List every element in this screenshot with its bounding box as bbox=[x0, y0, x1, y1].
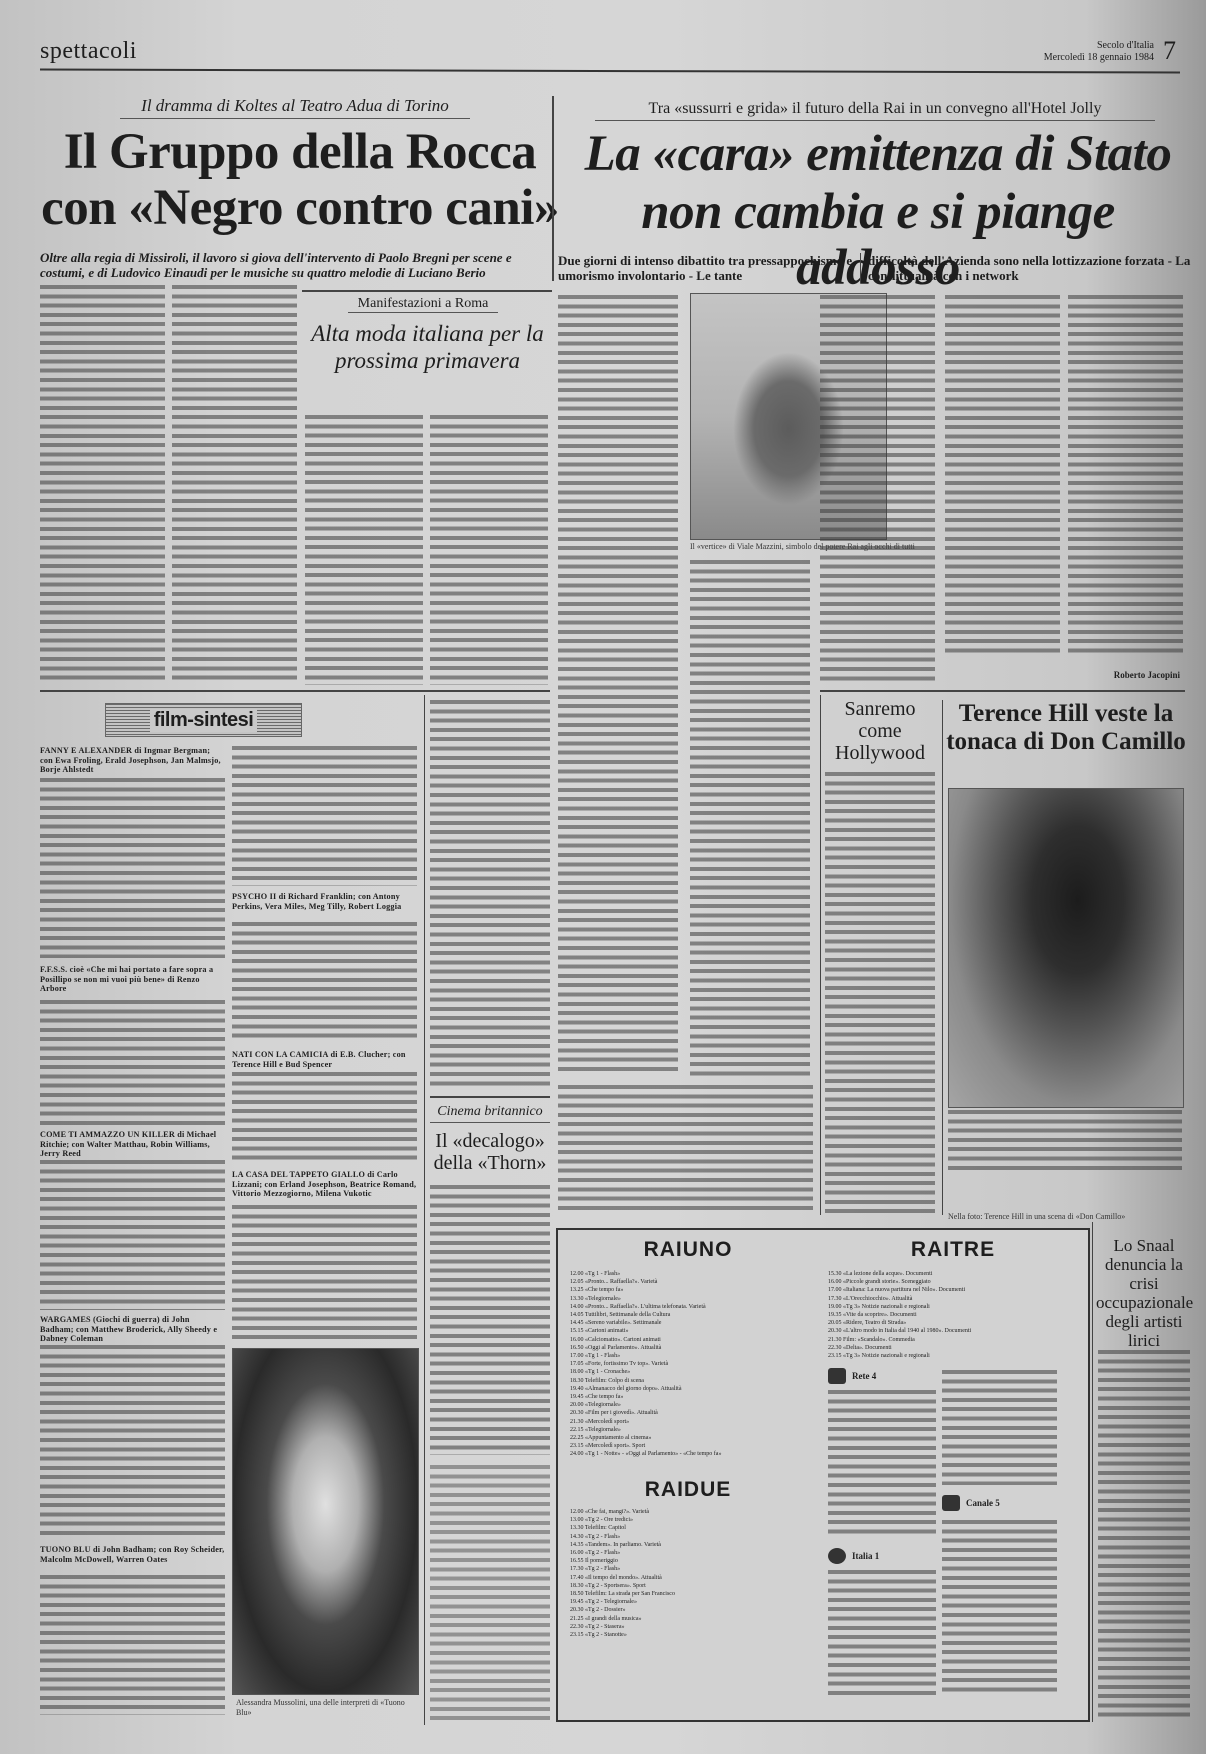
tv-schedule-entry: 14.05 Tuttilibri, Settimanale della Cult… bbox=[570, 1311, 810, 1319]
rocca-body-col-1 bbox=[40, 285, 165, 685]
tv-schedule-entry: 17.30 «Tg 2 - Flash» bbox=[570, 1565, 810, 1573]
film-photo bbox=[232, 1348, 419, 1695]
terence-photo bbox=[948, 788, 1184, 1108]
tv-schedule-entry: 19.35 «Vite da scoprire». Documenti bbox=[828, 1311, 1078, 1319]
raidue-schedule: 12.00 «Che fai, mangi?». Varietà13.00 «T… bbox=[570, 1508, 810, 1639]
tv-schedule-entry: 15.30 «La lezione della acque». Document… bbox=[828, 1270, 1078, 1278]
tv-schedule-entry: 17.30 «L'Orecchiocchio». Attualità bbox=[828, 1295, 1078, 1303]
tv-schedule-entry: 15.15 «Cartoni animati» bbox=[570, 1327, 810, 1335]
tv-schedule-entry: 20.05 «Ridere, Teatro di Strada» bbox=[828, 1319, 1078, 1327]
tv-schedule-entry: 16.00 «Piccole grandi storie». Sceneggia… bbox=[828, 1278, 1078, 1286]
tv-schedule-entry: 20.30 «Tg 2 - Dossier» bbox=[570, 1606, 810, 1614]
tv-schedule-entry: 20.30 «Film per i giovedì». Attualità bbox=[570, 1409, 810, 1417]
film-entry-body bbox=[40, 1345, 225, 1535]
canale5-logo-icon bbox=[942, 1495, 960, 1511]
private-channel-italia1: Italia 1 bbox=[828, 1548, 879, 1564]
tv-schedule-entry: 22.15 «Telegiornale» bbox=[570, 1426, 810, 1434]
tv-listings-box: RAIUNO 12.00 «Tg 1 - Flash»12.05 «Pronto… bbox=[556, 1228, 1090, 1722]
thorn-headline: Il «decalogo» della «Thorn» bbox=[430, 1130, 550, 1174]
subhead-divider bbox=[860, 253, 861, 283]
rete4-schedule bbox=[828, 1390, 936, 1535]
film-entry-title: NATI CON LA CAMICIA di E.B. Clucher; con… bbox=[232, 1050, 417, 1069]
canale5-schedule bbox=[942, 1520, 1057, 1695]
rai-body-col-1 bbox=[558, 295, 678, 1075]
rocca-headline-1: Il Gruppo della Rocca bbox=[40, 124, 560, 180]
tv-schedule-entry: 19.00 «Tg 3» Notizie nazionali e regiona… bbox=[828, 1303, 1078, 1311]
rai-body-col-4 bbox=[945, 295, 1060, 655]
column-divider bbox=[942, 700, 943, 1215]
rai-body-col-5 bbox=[1068, 295, 1183, 655]
tv-schedule-entry: 14.00 «Pronto... Raffaella?». L'ultima t… bbox=[570, 1303, 810, 1311]
tv-schedule-entry: 16.55 Il pomeriggio bbox=[570, 1557, 810, 1565]
terence-photo-caption: Nella foto: Terence Hill in una scena di… bbox=[948, 1212, 1182, 1222]
film-entry-title: TUONO BLU di John Badham; con Roy Scheid… bbox=[40, 1545, 225, 1564]
tv-schedule-entry: 13.25 «Che tempo fa» bbox=[570, 1286, 810, 1294]
film-photo-caption: Alessandra Mussolini, una delle interpre… bbox=[236, 1698, 416, 1718]
mid-rule-right bbox=[820, 690, 1185, 692]
tv-schedule-entry: 17.40 «Il tempo del mondo». Attualità bbox=[570, 1574, 810, 1582]
sanremo-body bbox=[825, 772, 935, 1217]
tv-schedule-entry: 19.40 «Almanacco del giorno dopo». Attua… bbox=[570, 1385, 810, 1393]
raiuno-schedule: 12.00 «Tg 1 - Flash»12.05 «Pronto... Raf… bbox=[570, 1270, 810, 1459]
moda-kicker: Manifestazioni a Roma bbox=[348, 296, 498, 313]
film-entry-title: F.F.S.S. cioè «Che mi hai portato a fare… bbox=[40, 965, 225, 994]
moda-rule bbox=[302, 290, 552, 292]
moda-body-col-1 bbox=[305, 415, 423, 685]
rocca-body-col-2 bbox=[172, 285, 297, 685]
page-number: 7 bbox=[1163, 36, 1176, 66]
rai-byline: Roberto Jacopini bbox=[1060, 670, 1180, 680]
film-sintesi-title: film-sintesi bbox=[150, 709, 258, 732]
thorn-body bbox=[430, 1185, 550, 1455]
tv-schedule-entry: 18.30 «Tg 2 - Sportsera». Sport bbox=[570, 1582, 810, 1590]
tv-schedule-entry: 22.25 «Appuntamento al cinema» bbox=[570, 1434, 810, 1442]
column-divider bbox=[424, 695, 425, 1725]
column-divider bbox=[552, 96, 554, 281]
moda-body-col-2 bbox=[430, 415, 548, 685]
tv-schedule-entry: 18.00 «Tg 1 - Cronache» bbox=[570, 1368, 810, 1376]
raidue-logo: RAIDUE bbox=[598, 1478, 778, 1502]
rai-subhead-right: difficoltà dell'Azienda sono nella lotti… bbox=[868, 253, 1198, 283]
film-entry-title: WARGAMES (Giochi di guerra) di John Badh… bbox=[40, 1315, 225, 1344]
tv-schedule-entry: 18.30 Telefilm: Colpo di scena bbox=[570, 1377, 810, 1385]
tv-schedule-entry: 21.25 «I grandi della musica» bbox=[570, 1615, 810, 1623]
column-divider bbox=[1092, 1222, 1093, 1722]
channel-name: Rete 4 bbox=[852, 1371, 876, 1381]
tv-schedule-entry: 19.45 «Tg 2 - Telegiornale» bbox=[570, 1598, 810, 1606]
film-entry-title: COME TI AMMAZZO UN KILLER di Michael Rit… bbox=[40, 1130, 225, 1159]
thorn-box-body bbox=[430, 1465, 550, 1725]
thorn-rule bbox=[430, 1096, 550, 1098]
tv-schedule-entry: 16.50 «Oggi al Parlamento». Attualità bbox=[570, 1344, 810, 1352]
moda-headline: Alta moda italiana per la prossima prima… bbox=[305, 320, 550, 374]
film-sintesi-banner: film-sintesi bbox=[105, 703, 302, 737]
raiuno-logo: RAIUNO bbox=[598, 1238, 778, 1262]
tv-schedule-entry: 22.30 «Tg 2 - Stasera» bbox=[570, 1623, 810, 1631]
mid-rule-left bbox=[40, 690, 550, 692]
film-entry-body bbox=[40, 1000, 225, 1125]
italia1-schedule bbox=[828, 1570, 936, 1700]
paper-name: Secolo d'Italia bbox=[1044, 40, 1154, 52]
tv-schedule-entry: 12.00 «Tg 1 - Flash» bbox=[570, 1270, 810, 1278]
thorn-kicker: Cinema britannico bbox=[430, 1104, 550, 1123]
tv-schedule-entry: 21.30 Film: «Scandalo». Commedia bbox=[828, 1336, 1078, 1344]
rai-body-col-2 bbox=[690, 560, 810, 1080]
tv-schedule-entry: 19.45 «Che tempo fa» bbox=[570, 1393, 810, 1401]
tv-schedule-entry: 14.45 «Sereno variabile». Settimanale bbox=[570, 1319, 810, 1327]
rai-kicker: Tra «sussurri e grida» il futuro della R… bbox=[595, 100, 1155, 121]
rocca-subhead: Oltre alla regia di Missiroli, il lavoro… bbox=[40, 250, 550, 280]
film-entry-title: FANNY E ALEXANDER di Ingmar Bergman; con… bbox=[40, 746, 225, 775]
sanremo-headline: Sanremo come Hollywood bbox=[825, 698, 935, 764]
tv-schedule-entry: 17.00 «Tg 1 - Flash» bbox=[570, 1352, 810, 1360]
terence-headline: Terence Hill veste la tonaca di Don Cami… bbox=[946, 700, 1186, 756]
rai-headline-1: La «cara» emittenza di Stato bbox=[558, 126, 1198, 182]
channel-name: Italia 1 bbox=[852, 1551, 879, 1561]
tv-schedule-entry: 23.15 «Mercoledì sport». Sport bbox=[570, 1442, 810, 1450]
tv-schedule-entry: 16.00 «Tg 2 - Flash» bbox=[570, 1549, 810, 1557]
raitre-logo: RAITRE bbox=[863, 1238, 1043, 1262]
film-entry-body bbox=[232, 1072, 417, 1164]
private-channel-rete4: Rete 4 bbox=[828, 1368, 876, 1384]
tv-schedule-entry: 20.30 «L'altro modo in Italia dal 1940 a… bbox=[828, 1327, 1078, 1335]
tv-schedule-entry: 22.30 «Delta». Documenti bbox=[828, 1344, 1078, 1352]
rai-body-continued bbox=[558, 1085, 813, 1215]
film-entry-body bbox=[232, 746, 417, 886]
tv-schedule-entry: 12.00 «Che fai, mangi?». Varietà bbox=[570, 1508, 810, 1516]
film-entry-body bbox=[40, 1575, 225, 1715]
film-entry-body bbox=[40, 1160, 225, 1310]
paper-info: Secolo d'Italia Mercoledì 18 gennaio 198… bbox=[1044, 40, 1154, 64]
raitre-schedule: 15.30 «La lezione della acque». Document… bbox=[828, 1270, 1078, 1360]
rai-subhead-left: Due giorni di intenso dibattito tra pres… bbox=[558, 253, 858, 283]
tv-schedule-entry: 17.00 «Italiana: La nuova partitura nel … bbox=[828, 1286, 1078, 1294]
rocca-headline-2: con «Negro contro cani» bbox=[40, 180, 560, 236]
channel-name: Canale 5 bbox=[966, 1498, 1000, 1508]
terence-body bbox=[948, 1110, 1182, 1170]
section-title: spettacoli bbox=[40, 38, 137, 65]
private-channel-canale5: Canale 5 bbox=[942, 1495, 1000, 1511]
film-entry-title: PSYCHO II di Richard Franklin; con Anton… bbox=[232, 892, 417, 911]
snaal-body bbox=[1098, 1350, 1190, 1720]
tv-schedule-entry: 24.00 «Tg 1 - Notte» - «Oggi al Parlamen… bbox=[570, 1450, 810, 1458]
tv-schedule-entry: 13.00 «Tg 2 - Ore tredici» bbox=[570, 1516, 810, 1524]
tv-schedule-entry: 21.30 «Mercoledì sport» bbox=[570, 1418, 810, 1426]
film-entry-title: LA CASA DEL TAPPETO GIALLO di Carlo Lizz… bbox=[232, 1170, 417, 1199]
tv-schedule-entry: 13.30 Telefilm: Capitol bbox=[570, 1524, 810, 1532]
rete4-logo-icon bbox=[828, 1368, 846, 1384]
tv-schedule-entry: 16.00 «Calciomatto». Cartoni animati bbox=[570, 1336, 810, 1344]
tv-schedule-entry: 13.30 «Telegiornale» bbox=[570, 1295, 810, 1303]
tv-schedule-entry: 23.15 «Tg 2 - Stanotte» bbox=[570, 1631, 810, 1639]
snaal-headline: Lo Snaal denuncia la crisi occupazionale… bbox=[1096, 1236, 1192, 1350]
rete4-schedule-continued bbox=[942, 1370, 1057, 1485]
tv-schedule-entry: 20.00 «Telegiornale» bbox=[570, 1401, 810, 1409]
film-entry-body bbox=[40, 778, 225, 958]
rai-body-col-3 bbox=[820, 295, 935, 685]
tv-schedule-entry: 12.05 «Pronto... Raffaella?». Varietà bbox=[570, 1278, 810, 1286]
rocca-kicker: Il dramma di Koltes al Teatro Adua di To… bbox=[120, 96, 470, 119]
film-entry-body bbox=[232, 922, 417, 1042]
tv-schedule-entry: 18.50 Telefilm: La strada per San Franci… bbox=[570, 1590, 810, 1598]
moda-body-continued bbox=[430, 700, 550, 1090]
top-rule bbox=[40, 69, 1180, 74]
issue-date: Mercoledì 18 gennaio 1984 bbox=[1044, 52, 1154, 64]
tv-schedule-entry: 23.15 «Tg 3» Notizie nazionali e regiona… bbox=[828, 1352, 1078, 1360]
tv-schedule-entry: 14.35 «Tandem». In parliamo. Varietà bbox=[570, 1541, 810, 1549]
newspaper-page: spettacoli Secolo d'Italia Mercoledì 18 … bbox=[0, 0, 1206, 1754]
italia1-logo-icon bbox=[828, 1548, 846, 1564]
tv-schedule-entry: 17.05 «Forte, fortissimo Tv top». Variet… bbox=[570, 1360, 810, 1368]
film-entry-body bbox=[232, 1205, 417, 1340]
column-divider bbox=[820, 695, 821, 1215]
tv-schedule-entry: 14.30 «Tg 2 - Flash» bbox=[570, 1533, 810, 1541]
